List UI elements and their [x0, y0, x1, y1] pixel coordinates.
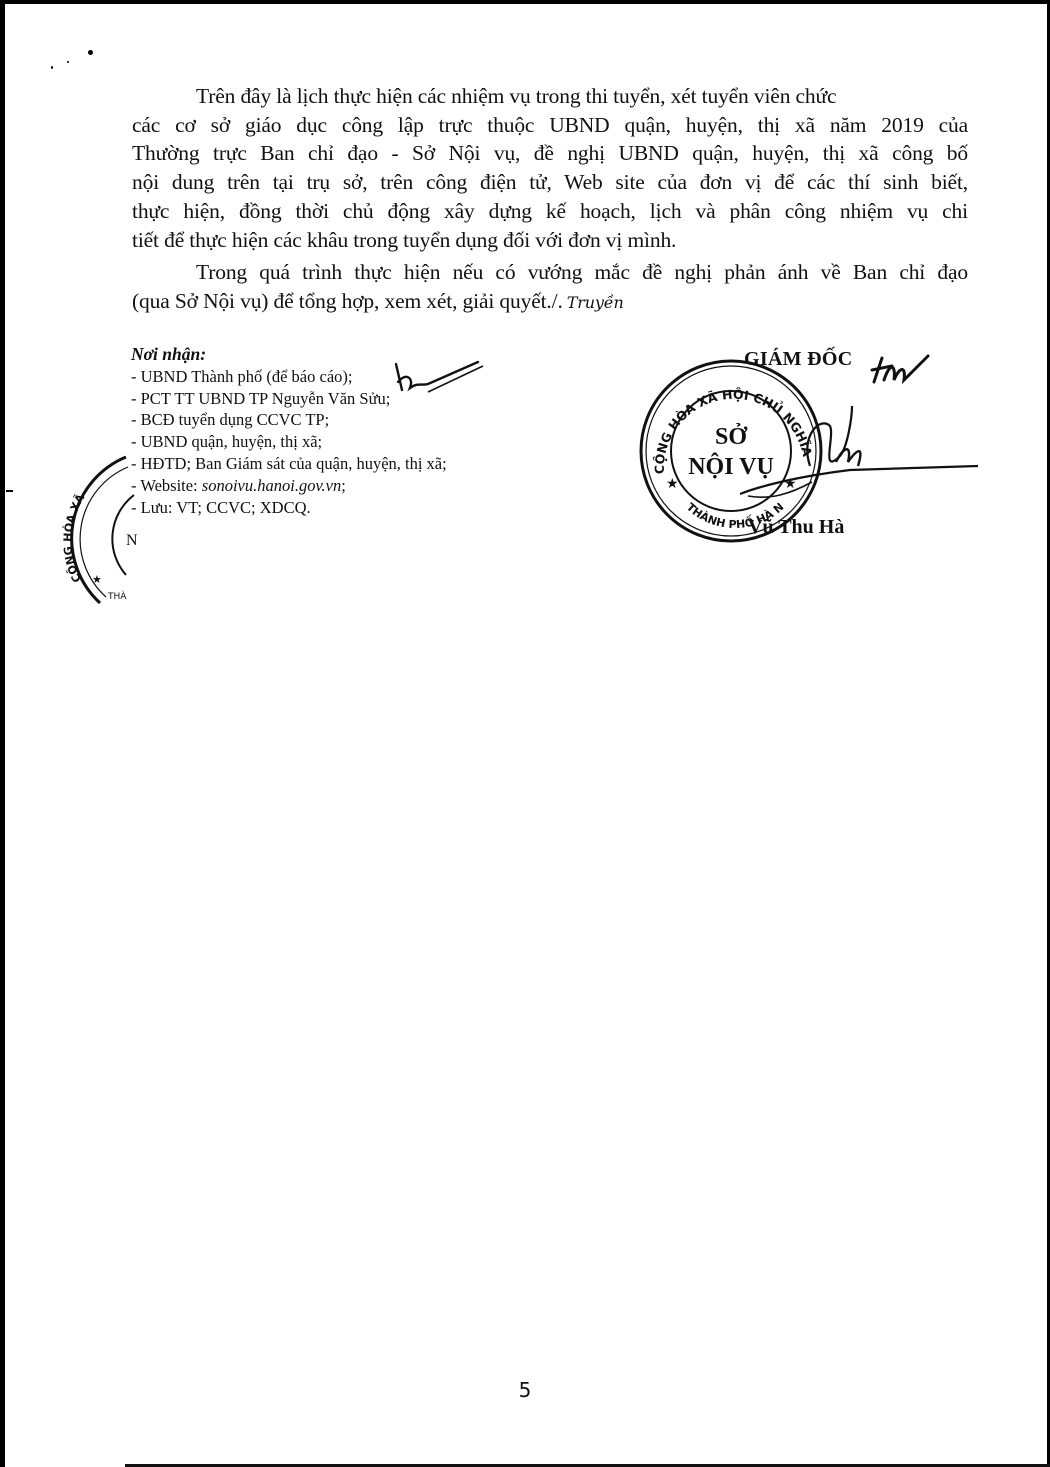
paragraph-line: Trên đây là lịch thực hiện các nhiệm vụ … [132, 82, 968, 111]
paragraph-line: nội dung trên tại trụ sở, trên công điện… [132, 168, 968, 197]
recipient-item: - HĐTD; Ban Giám sát của quận, huyện, th… [131, 453, 447, 475]
handwritten-initials: Truyền [567, 293, 624, 312]
paragraph-line: (qua Sở Nội vụ) để tổng hợp, xem xét, gi… [132, 287, 968, 318]
partial-stamp-left: CỘNG HÒA XÃ ★ THÀ N [30, 445, 140, 605]
body-paragraph-1: Trên đây là lịch thực hiện các nhiệm vụ … [132, 82, 968, 254]
page-number: 5 [0, 1378, 1050, 1402]
svg-text:★: ★ [92, 574, 102, 586]
recipient-item: - BCĐ tuyển dụng CCVC TP; [131, 409, 447, 431]
paragraph-line: Thường trực Ban chỉ đạo - Sở Nội vụ, đề … [132, 139, 968, 168]
paragraph-line: Trong quá trình thực hiện nếu có vướng m… [132, 258, 968, 287]
paragraph-line: thực hiện, đồng thời chủ động xây dựng k… [132, 197, 968, 226]
signer-name: Vũ Thu Hà [748, 516, 844, 539]
recipient-initials-signature [388, 352, 488, 402]
scan-speck [88, 50, 93, 55]
scan-border-top [0, 0, 1050, 4]
svg-text:THÀ: THÀ [107, 590, 127, 602]
recipient-item: - Lưu: VT; CCVC; XDCQ. [131, 497, 447, 519]
director-signature [740, 396, 980, 516]
svg-text:CỘNG HÒA XÃ: CỘNG HÒA XÃ [61, 491, 87, 584]
recipient-item: - UBND quận, huyện, thị xã; [131, 431, 447, 453]
paragraph-line: tiết để thực hiện các khâu trong tuyển d… [132, 226, 968, 255]
scan-border-left [0, 0, 5, 1467]
scan-speck [6, 490, 13, 492]
scan-speck [51, 66, 53, 69]
website-link[interactable]: sonoivu.hanoi.gov.vn [202, 476, 341, 495]
scan-speck [67, 61, 69, 63]
body-paragraph-2: Trong quá trình thực hiện nếu có vướng m… [132, 258, 968, 317]
paragraph-line: các cơ sở giáo dục công lập trực thuộc U… [132, 111, 968, 140]
title-initials-signature [870, 352, 932, 386]
svg-text:N: N [126, 532, 138, 549]
recipient-item-website: - Website: sonoivu.hanoi.gov.vn; [131, 475, 447, 497]
svg-text:★: ★ [666, 477, 679, 492]
